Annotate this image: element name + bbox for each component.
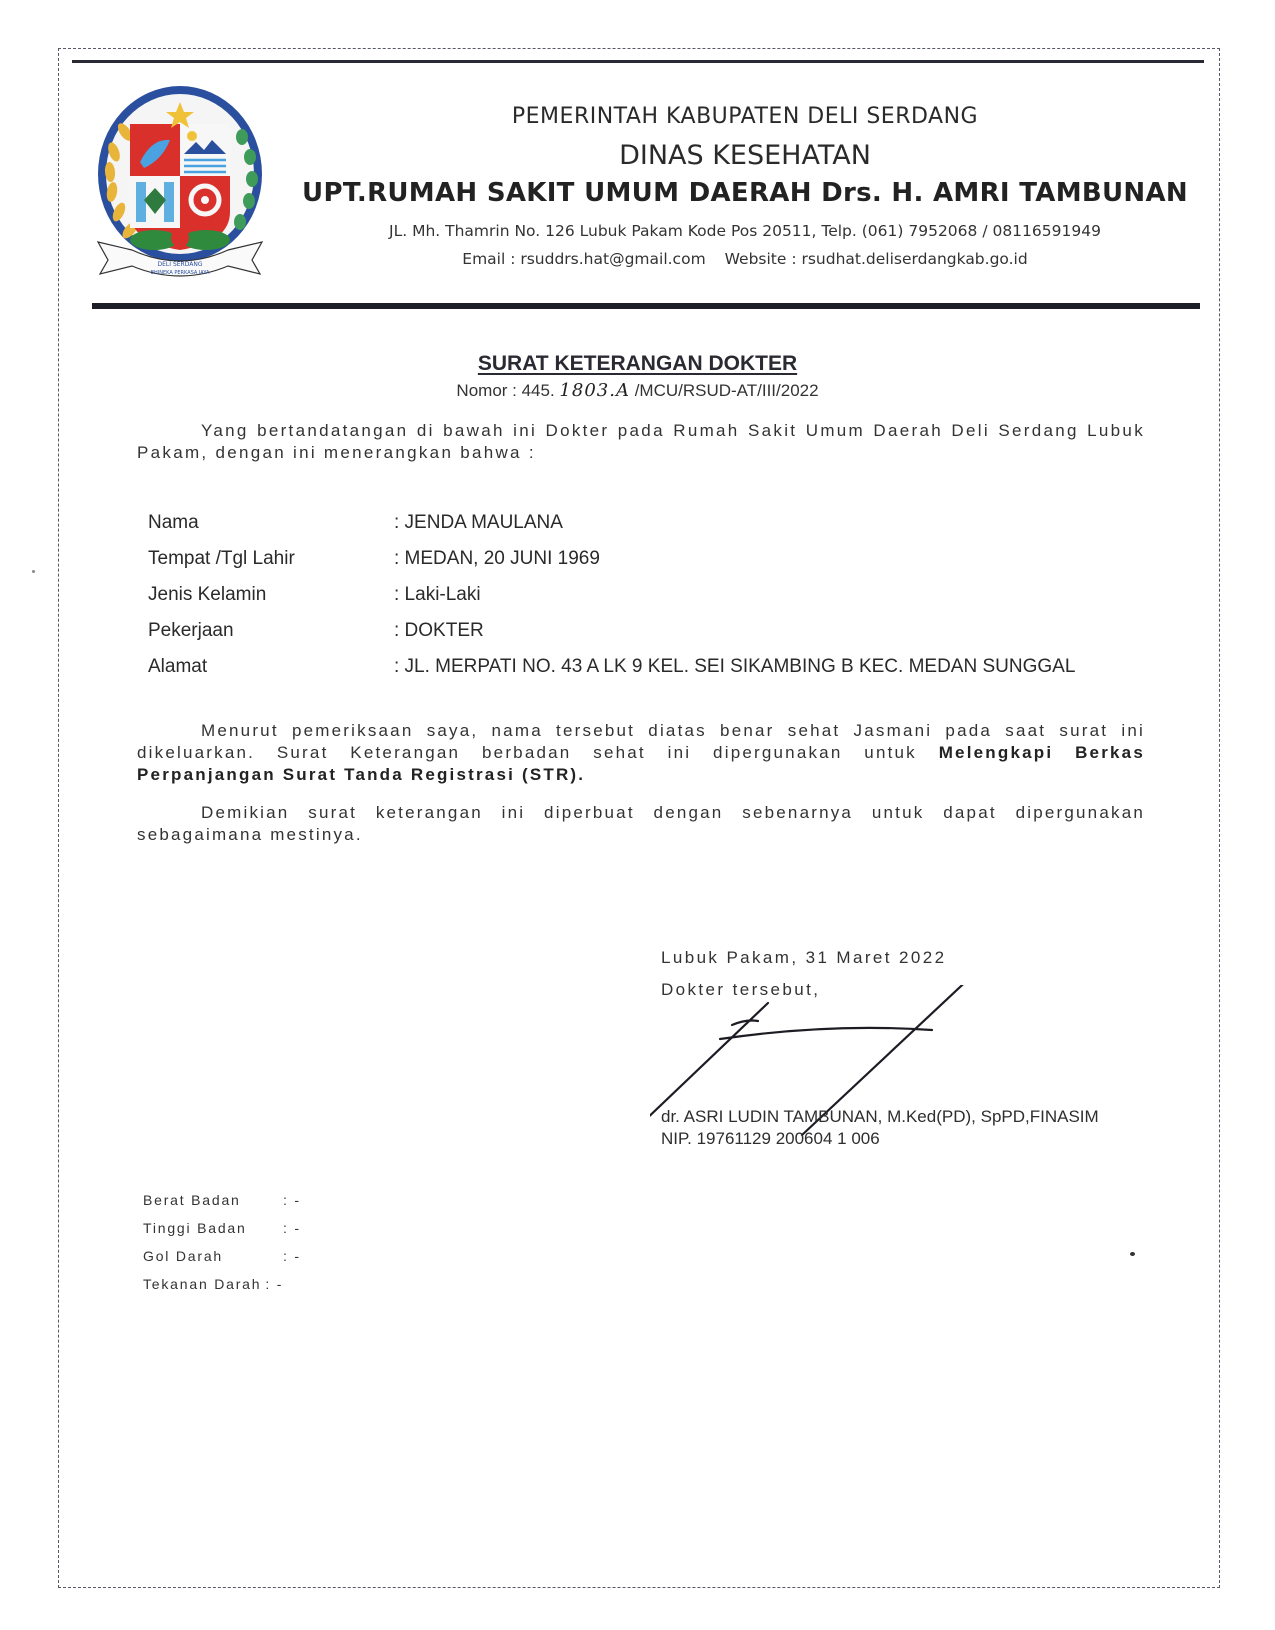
field-value: : DOKTER <box>394 620 484 642</box>
vital-row: Berat Badan: - <box>143 1192 301 1220</box>
deli-serdang-regency-emblem-icon: DELI SERDANG BHINEKA PERKASA JAYA <box>92 82 268 282</box>
vital-value: : - <box>265 1276 283 1292</box>
hospital-website: Website : rsudhat.deliserdangkab.go.id <box>725 250 1028 268</box>
vital-label: Gol Darah <box>143 1248 283 1264</box>
doctor-name: dr. ASRI LUDIN TAMBUNAN, M.Ked(PD), SpPD… <box>661 1106 1099 1128</box>
government-name: PEMERINTAH KABUPATEN DELI SERDANG <box>280 104 1210 134</box>
doctor-nip: NIP. 19761129 200604 1 006 <box>661 1128 1099 1150</box>
field-label: Pekerjaan <box>148 620 388 642</box>
vital-label: Tekanan Darah <box>143 1276 261 1292</box>
hospital-contact: Email : rsuddrs.hat@gmail.com Website : … <box>280 250 1210 276</box>
body-paragraph: Menurut pemeriksaan saya, nama tersebut … <box>137 720 1145 786</box>
letterhead-divider <box>92 303 1200 309</box>
field-label: Alamat <box>148 656 388 678</box>
top-rule <box>72 60 1204 63</box>
field-label: Nama <box>148 512 388 534</box>
vital-value: : - <box>283 1192 301 1208</box>
intro-paragraph: Yang bertandatangan di bawah ini Dokter … <box>137 420 1145 464</box>
letter-number: Nomor : 445. 1803.A /MCU/RSUD-AT/III/202… <box>0 380 1275 401</box>
svg-text:DELI SERDANG: DELI SERDANG <box>158 261 203 268</box>
hospital-name: UPT.RUMAH SAKIT UMUM DAERAH Drs. H. AMRI… <box>280 178 1210 218</box>
field-value: : MEDAN, 20 JUNI 1969 <box>394 548 600 570</box>
handwritten-number: 1803.A <box>559 380 630 401</box>
field-label: Tempat /Tgl Lahir <box>148 548 388 570</box>
field-label: Jenis Kelamin <box>148 584 388 606</box>
vital-label: Berat Badan <box>143 1192 283 1208</box>
vital-row: Tekanan Darah: - <box>143 1276 301 1304</box>
field-value: : Laki-Laki <box>394 584 481 606</box>
vital-value: : - <box>283 1248 301 1264</box>
svg-text:BHINEKA PERKASA JAYA: BHINEKA PERKASA JAYA <box>151 270 210 276</box>
letter-title: SURAT KETERANGAN DOKTER <box>0 352 1275 376</box>
hospital-email: Email : rsuddrs.hat@gmail.com <box>462 250 705 268</box>
hospital-address: JL. Mh. Thamrin No. 126 Lubuk Pakam Kode… <box>280 222 1210 250</box>
field-value: : JENDA MAULANA <box>394 512 563 534</box>
vital-label: Tinggi Badan <box>143 1220 283 1236</box>
doctor-identity: dr. ASRI LUDIN TAMBUNAN, M.Ked(PD), SpPD… <box>661 1106 1099 1150</box>
place-date: Lubuk Pakam, 31 Maret 2022 <box>661 948 946 980</box>
vital-row: Gol Darah: - <box>143 1248 301 1276</box>
closing-paragraph: Demikian surat keterangan ini diperbuat … <box>137 802 1145 846</box>
field-value: : JL. MERPATI NO. 43 A LK 9 KEL. SEI SIK… <box>394 656 1075 678</box>
vital-value: : - <box>283 1220 301 1236</box>
vital-signs: Berat Badan: -Tinggi Badan: -Gol Darah: … <box>143 1192 301 1304</box>
department-name: DINAS KESEHATAN <box>280 140 1210 178</box>
vital-row: Tinggi Badan: - <box>143 1220 301 1248</box>
letterhead: PEMERINTAH KABUPATEN DELI SERDANG DINAS … <box>280 104 1210 276</box>
